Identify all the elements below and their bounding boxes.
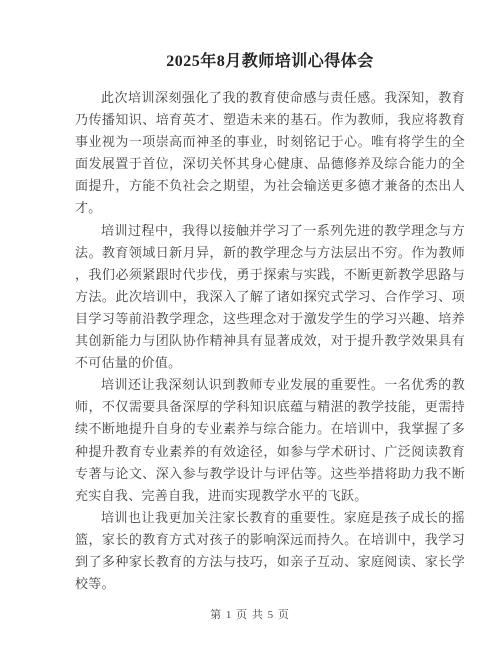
paragraph: 此次培训深刻强化了我的教育使命感与责任感。我深知，教育乃传播知识、培育英才、塑造… [75, 87, 465, 220]
paragraph: 培训还让我深刻认识到教师专业发展的重要性。一名优秀的教师，不仅需要具备深厚的学科… [75, 374, 465, 507]
document-body: 此次培训深刻强化了我的教育使命感与责任感。我深知，教育乃传播知识、培育英才、塑造… [75, 87, 465, 595]
paragraph: 培训过程中，我得以接触并学习了一系列先进的教学理念与方法。教育领域日新月异，新的… [75, 220, 465, 375]
document-content: 2025年8月教师培训心得体会 此次培训深刻强化了我的教育使命感与责任感。我深知… [75, 50, 465, 595]
page-number: 第 1 页 共 5 页 [210, 609, 290, 621]
page-footer: 第 1 页 共 5 页 [0, 605, 500, 623]
paragraph: 培训也让我更加关注家长教育的重要性。家庭是孩子成长的摇篮，家长的教育方式对孩子的… [75, 507, 465, 595]
document-title: 2025年8月教师培训心得体会 [75, 50, 465, 74]
document-page: 2025年8月教师培训心得体会 此次培训深刻强化了我的教育使命感与责任感。我深知… [0, 0, 500, 647]
